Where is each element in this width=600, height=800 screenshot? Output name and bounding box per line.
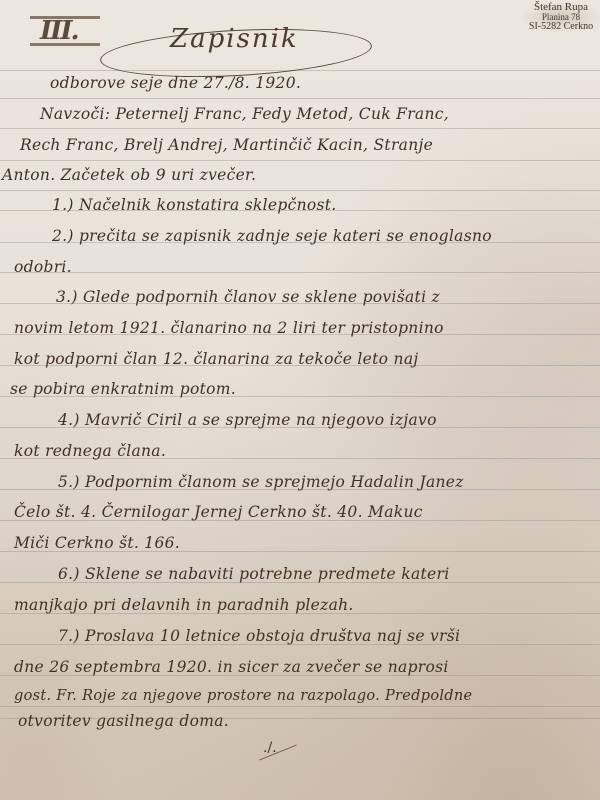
item-4: 4.) Mavrič Ciril a se sprejme na njegovo… [58, 411, 437, 429]
item-3-cont: kot podporni član 12. članarina za tekoč… [14, 350, 418, 368]
date-line: odborove seje dne 27./8. 1920. [50, 74, 301, 92]
item-5: 5.) Podpornim članom se sprejmejo Hadali… [58, 473, 464, 491]
ruled-line [0, 70, 600, 71]
document-title: Zapisnik [170, 24, 299, 54]
item-2: 2.) prečita se zapisnik zadnje seje kate… [52, 227, 492, 245]
item-6: 6.) Sklene se nabaviti potrebne predmete… [58, 565, 449, 583]
attendees-line: Navzoči: Peternelj Franc, Fedy Metod, Cu… [40, 105, 449, 123]
item-3: 3.) Glede podpornih članov se sklene pov… [56, 288, 440, 306]
end-mark: ./. [263, 740, 277, 756]
item-3-cont: se pobira enkratnim potom. [10, 380, 236, 398]
scanned-page: Štefan Rupa Planina 78 SI-5282 Cerkno II… [0, 0, 600, 800]
ruled-line [0, 98, 600, 99]
item-3-cont: novim letom 1921. članarino na 2 liri te… [14, 319, 444, 337]
ruled-line [0, 272, 600, 273]
start-time-line: Anton. Začetek ob 9 uri zvečer. [2, 166, 256, 184]
ruled-line [0, 160, 600, 161]
ruled-line [0, 190, 600, 191]
item-5-cont: Miči Cerkno št. 166. [14, 534, 180, 552]
stamp-postal: SI-5282 Cerkno [522, 22, 600, 32]
item-7-cont: gost. Fr. Roje za njegove prostore na ra… [14, 688, 472, 704]
owner-stamp: Štefan Rupa Planina 78 SI-5282 Cerkno [522, 2, 600, 32]
ruled-line [0, 706, 600, 707]
item-5-cont: Čelo št. 4. Černilogar Jernej Cerkno št.… [14, 503, 423, 521]
item-7-cont: otvoritev gasilnega doma. [18, 712, 229, 730]
section-number: III. [40, 16, 78, 46]
attendees-line: Rech Franc, Brelj Andrej, Martinčič Kaci… [20, 136, 433, 154]
item-4-cont: kot rednega člana. [14, 442, 166, 460]
stamp-name: Štefan Rupa [522, 2, 600, 12]
ruled-line [0, 128, 600, 129]
item-6-cont: manjkajo pri delavnih in paradnih plezah… [14, 596, 354, 614]
item-7: 7.) Proslava 10 letnice obstoja društva … [58, 627, 460, 645]
item-7-cont: dne 26 septembra 1920. in sicer za zveče… [14, 658, 449, 676]
item-2-cont: odobri. [14, 258, 72, 276]
item-1: 1.) Načelnik konstatira sklepčnost. [52, 196, 337, 214]
